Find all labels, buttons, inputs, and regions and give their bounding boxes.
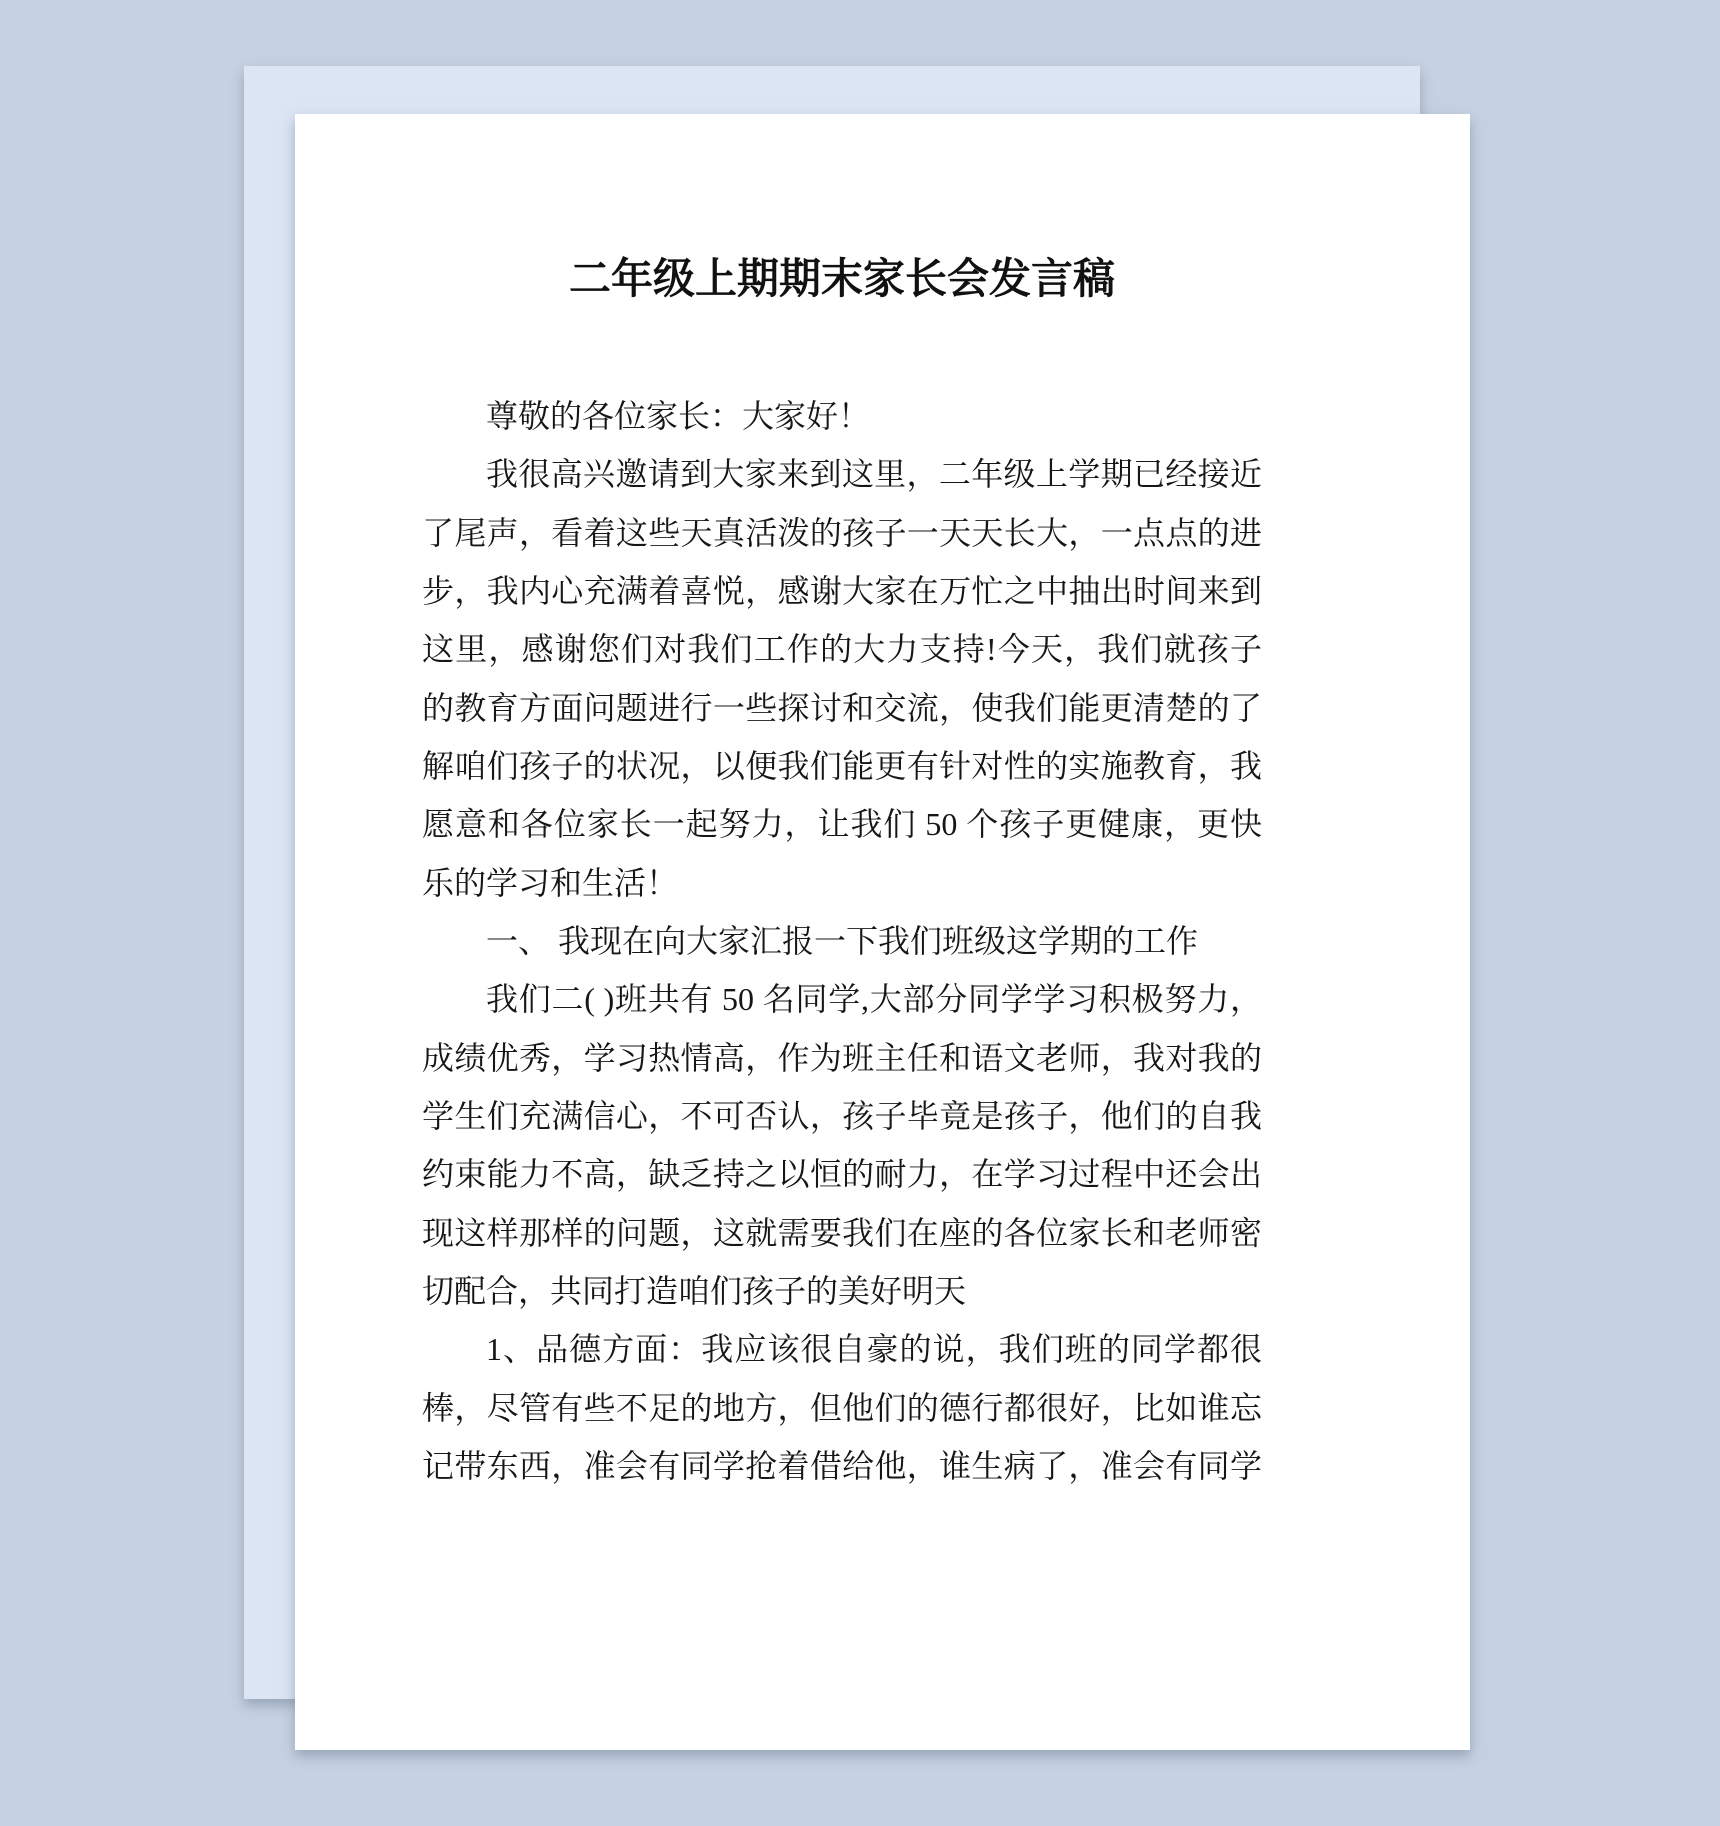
document-page: 二年级上期期末家长会发言稿 尊敬的各位家长：大家好！ 我很高兴邀请到大家来到这里… (295, 114, 1470, 1750)
body-line: 我很高兴邀请到大家来到这里，二年级上学期已经接近 (422, 445, 1262, 503)
body-line: 约束能力不高，缺乏持之以恒的耐力，在学习过程中还会出 (422, 1145, 1262, 1203)
body-line: 切配合，共同打造咱们孩子的美好明天 (422, 1262, 1262, 1320)
body-line: 乐的学习和生活！ (422, 854, 1262, 912)
body-line: 1、品德方面：我应该很自豪的说，我们班的同学都很 (422, 1320, 1262, 1378)
body-line: 一、 我现在向大家汇报一下我们班级这学期的工作 (422, 912, 1262, 970)
body-line: 解咱们孩子的状况，以便我们能更有针对性的实施教育，我 (422, 737, 1262, 795)
body-line: 学生们充满信心，不可否认，孩子毕竟是孩子，他们的自我 (422, 1087, 1262, 1145)
document-body: 尊敬的各位家长：大家好！ 我很高兴邀请到大家来到这里，二年级上学期已经接近 了尾… (422, 387, 1262, 1495)
document-title: 二年级上期期末家长会发言稿 (422, 248, 1262, 312)
body-line: 的教育方面问题进行一些探讨和交流，使我们能更清楚的了 (422, 679, 1262, 737)
body-line: 步，我内心充满着喜悦，感谢大家在万忙之中抽出时间来到 (422, 562, 1262, 620)
body-line: 棒，尽管有些不足的地方，但他们的德行都很好，比如谁忘 (422, 1379, 1262, 1437)
body-line: 成绩优秀，学习热情高，作为班主任和语文老师，我对我的 (422, 1029, 1262, 1087)
body-line: 现这样那样的问题，这就需要我们在座的各位家长和老师密 (422, 1204, 1262, 1262)
body-line: 尊敬的各位家长：大家好！ (422, 387, 1262, 445)
body-line: 我们二( )班共有 50 名同学,大部分同学学习积极努力， (422, 970, 1262, 1028)
body-line: 愿意和各位家长一起努力，让我们 50 个孩子更健康，更快 (422, 795, 1262, 853)
body-line: 这里，感谢您们对我们工作的大力支持!今天，我们就孩子 (422, 620, 1262, 678)
body-line: 记带东西，准会有同学抢着借给他，谁生病了，准会有同学 (422, 1437, 1262, 1495)
body-line: 了尾声，看着这些天真活泼的孩子一天天长大，一点点的进 (422, 504, 1262, 562)
